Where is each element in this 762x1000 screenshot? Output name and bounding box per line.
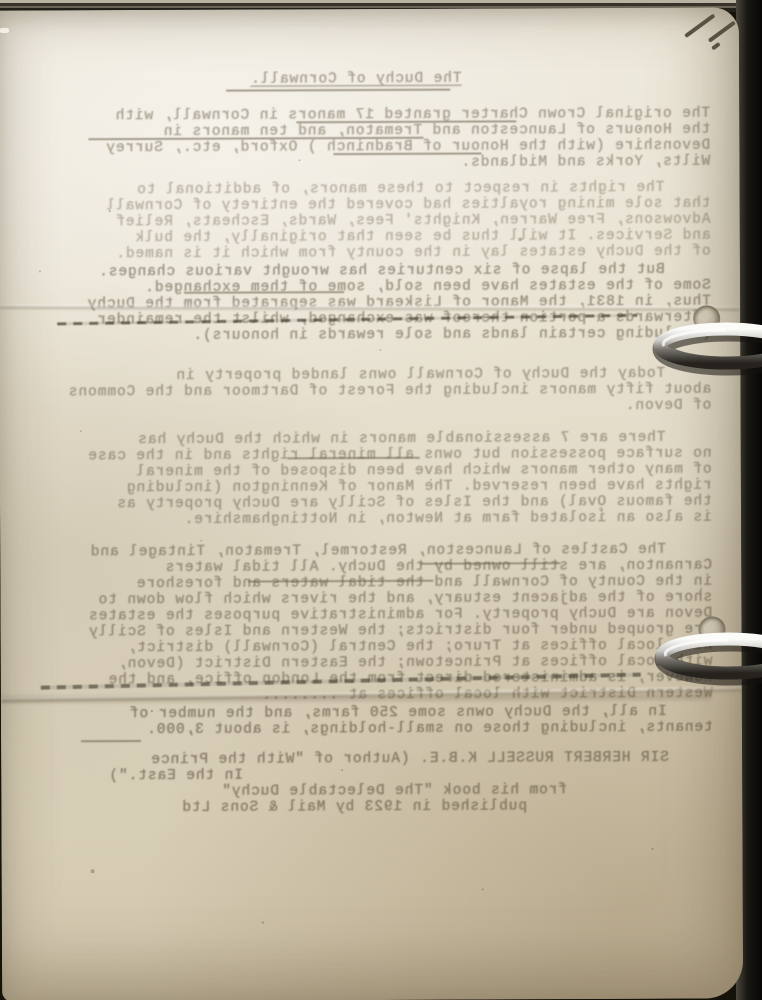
text-line: SIR HERBERT RUSSELL K.B.E. (Author of "W… <box>5 750 669 769</box>
page-sheet: The Duchy of Cornwall. The original Crow… <box>0 7 743 1000</box>
paragraph-3: But the lapse of six centuries has wroug… <box>3 262 711 345</box>
paper-sliver <box>0 28 9 33</box>
pen-slash-mark <box>708 21 736 43</box>
document-title: The Duchy of Cornwall. <box>2 70 710 89</box>
photo-background: The Duchy of Cornwall. The original Crow… <box>0 0 762 1000</box>
text-line: Wilts, Yorks and Midlands. <box>2 154 710 173</box>
attribution-block: SIR HERBERT RUSSELL K.B.E. (Author of "W… <box>5 750 713 817</box>
text-line: published in 1923 by Mail & Sons Ltd <box>5 798 527 816</box>
text-line: of the Duchy estates lay in the county f… <box>3 244 711 263</box>
paragraph-5: There are 7 assessionable manors in whic… <box>4 430 712 529</box>
paragraph-4: Today the Duchy of Cornwall owns landed … <box>3 366 711 417</box>
paragraph-2: The rights in respect to these manors, o… <box>3 180 711 263</box>
underline-mark <box>81 740 141 742</box>
paragraph-7: In all, the Duchy owns some 250 farms, a… <box>5 704 713 739</box>
text-line: tenants, including those on small-holdin… <box>5 720 713 739</box>
text-line: of Devon. <box>4 398 712 417</box>
text-line: (including certain lands and sole reward… <box>3 326 711 345</box>
text-line: about fifty manors including the Forest … <box>3 382 711 401</box>
binder-ring-icon <box>648 316 762 376</box>
pen-slash-mark <box>684 14 715 38</box>
mirrored-text-layer: The Duchy of Cornwall. The original Crow… <box>2 68 713 851</box>
binder-ring-icon <box>650 626 762 686</box>
pen-slash-mark <box>711 42 720 50</box>
text-line: In the East.") <box>5 768 243 785</box>
text-line: is also an isolated farm at Newton, in N… <box>4 510 712 529</box>
